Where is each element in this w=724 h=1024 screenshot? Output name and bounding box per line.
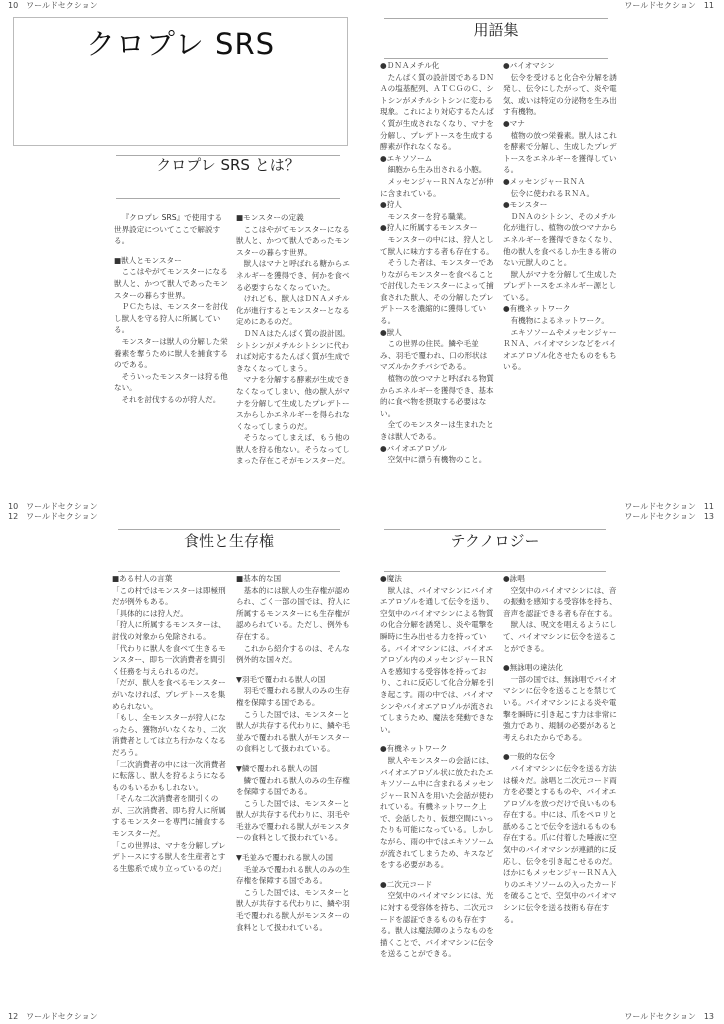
subsection-heading: ■モンスターの定義 [236, 212, 350, 224]
paragraph-gap [236, 666, 352, 674]
page13-column-1: ●魔法獣人は、バイオマシンにバイオエアロゾルを通して伝令を送り、空気中のバイオマ… [380, 573, 496, 960]
quote-line: 「具体的には狩人だ。 [112, 608, 228, 620]
paragraph-gap [114, 247, 228, 255]
paragraph: 鱗で覆われる獣人のみの生存権を保障する国である。 [236, 775, 352, 798]
subsection-heading: ●バイオマシン [503, 60, 617, 72]
title-box: クロプレ SRS [13, 17, 348, 146]
section-heading-technology: テクノロジー [384, 530, 606, 552]
subsection-heading: ●エキソソーム [380, 153, 494, 165]
subsection-heading: ■獣人とモンスター [114, 255, 228, 267]
paragraph-gap [380, 735, 496, 743]
paragraph: こうした国では、モンスターと獣人が共存する代わりに、鱗や毛並みで覆われる獣人がモ… [236, 709, 352, 755]
paragraph: 獣人やモンスターの会話には、バイオエアロゾル状に放たれたエキソソーム中に含まれる… [380, 755, 496, 871]
paragraph: そうなってしまえば、もう他の獣人を狩る他ない。そうなってしまった存在こそがモンス… [236, 432, 350, 467]
paragraph: 獣人は、呪文を唱えるようにして、バイオマシンに伝令を送ることができる。 [503, 619, 619, 654]
subsection-heading: ●無詠唱の違法化 [503, 662, 619, 674]
quote-line: 「代わりに獣人を食べて生きるモンスター、即ち一次消費者を間引く任務を与えられるの… [112, 643, 228, 678]
paragraph: ここはやがてモンスターになる獣人と、かつて獣人であったモンスターの暮らす世界。 [114, 266, 228, 301]
subsection-heading: ●マナ [503, 118, 617, 130]
paragraph: それを討伐するのが狩人だ。 [114, 394, 228, 406]
paragraph: 獣人は、バイオマシンにバイオエアロゾルを通して伝令を送り、空気中のバイオマシンに… [380, 585, 496, 736]
quote-line: 「もし、全モンスターが狩人になったら、獲物がいなくなり、二次消費者としては立ち行… [112, 712, 228, 758]
paragraph: 植物の放つマナと呼ばれる物質からエネルギーを獲得でき、基本的に食べ物を摂取する必… [380, 373, 494, 419]
paragraph-gap [503, 743, 619, 751]
subsection-heading: ●有機ネットワーク [380, 743, 496, 755]
subsection-heading: ●魔法 [380, 573, 496, 585]
subsection-heading: ●ＤＮＡメチル化 [380, 60, 494, 72]
running-foot-p11: ワールドセクション 11 [624, 502, 714, 512]
section-heading-glossary: 用語集 [384, 19, 608, 41]
paragraph: 有機物によるネットワーク。 [503, 315, 617, 327]
page12-column-2: ■基本的な国基本的には獣人の生存権が認められ、ごく一部の国では、狩人に所属するモ… [236, 573, 352, 933]
heading-rule-bottom [116, 198, 340, 199]
paragraph: たんぱく質の設計図であるＤＮＡの塩基配列、ＡＴＣＧのＣ、シトシンがメチルシトシン… [380, 72, 494, 153]
document-title: クロプレ SRS [14, 22, 347, 63]
paragraph: ここはやがてモンスターになる獣人と、かつて獣人であったモンスターの暮らす世界。 [236, 224, 350, 259]
section-heading-what-is: クロプレ SRS とは？ [116, 155, 340, 175]
heading-rule-bottom [118, 571, 340, 572]
paragraph: 『クロプレ SRS』で使用する世界設定についてここで解説する。 [114, 212, 228, 247]
paragraph: そういったモンスターは狩る他ない。 [114, 371, 228, 394]
subsection-heading: ●モンスター [503, 199, 617, 211]
running-head-p12: 12 ワールドセクション [8, 512, 98, 522]
paragraph: マナを分解する酵素が生成できなくなってしまい、他の獣人がマナを分解して生成したプ… [236, 374, 350, 432]
subsection-heading: ●一般的な伝令 [503, 751, 619, 763]
subsection-heading: ●バイオエアロゾル [380, 443, 494, 455]
running-foot-p12: 12 ワールドセクション [8, 1012, 98, 1022]
paragraph: 伝令を受けると化合や分解を誘発し、伝令にしたがって、炎や電気、或いは特定の分泌物… [503, 72, 617, 118]
heading-rule-bottom [384, 58, 608, 59]
subsection-heading: ▼鱗で覆われる獣人の国 [236, 763, 352, 775]
subsection-heading: ●狩人に所属するモンスター [380, 222, 494, 234]
paragraph-gap [236, 844, 352, 852]
subsection-heading: ■ある村人の言葉 [112, 573, 228, 585]
page11-column-1: ●ＤＮＡメチル化たんぱく質の設計図であるＤＮＡの塩基配列、ＡＴＣＧのＣ、シトシン… [380, 60, 494, 466]
paragraph: 植物の放つ栄養素。獣人はこれを酵素で分解し、生成したプレデトースをエネルギーを獲… [503, 130, 617, 176]
subsection-heading: ▼毛並みで覆われる獣人の国 [236, 852, 352, 864]
page11-column-2: ●バイオマシン伝令を受けると化合や分解を誘発し、伝令にしたがって、炎や電気、或い… [503, 60, 617, 373]
paragraph-gap [236, 755, 352, 763]
paragraph: この世界の住民。鱗や毛並み、羽毛で覆われ、口の形状はマズルかクチバシである。 [380, 338, 494, 373]
quote-line: 「この世界は、マナを分解しプレデトースにする獣人を生産者とする生態系で成り立って… [112, 840, 228, 875]
paragraph: 空気中に漂う有機物のこと。 [380, 454, 494, 466]
paragraph: 毛並みで覆われる獣人のみの生存権を保障する国である。 [236, 864, 352, 887]
paragraph: ＰＣたちは、モンスターを討伐し獣人を守る狩人に所属している。 [114, 301, 228, 336]
paragraph-gap [503, 654, 619, 662]
subsection-heading: ▼羽毛で覆われる獣人の国 [236, 674, 352, 686]
paragraph: そうした者は、モンスターでありながらモンスターを食べることで討伐したモンスターに… [380, 257, 494, 327]
subsection-heading: ■基本的な国 [236, 573, 352, 585]
paragraph: エキソソームやメッセンジャーＲＮＡ、バイオマシンなどをバイオエアロゾル化させたも… [503, 327, 617, 373]
page10-column-2: ■モンスターの定義ここはやがてモンスターになる獣人と、かつて獣人であったモンスタ… [236, 212, 350, 467]
paragraph: こうした国では、モンスターと獣人が共存する代わりに、鱗や羽毛で覆われる獣人がモン… [236, 887, 352, 933]
paragraph: 全てのモンスターは生まれたときは獣人である。 [380, 419, 494, 442]
section-heading-diet-survival: 食性と生存権 [118, 530, 340, 552]
subsection-heading: ●メッセンジャーＲＮＡ [503, 176, 617, 188]
paragraph: 伝令に使われるＲＮＡ。 [503, 188, 617, 200]
paragraph: モンスターは獣人の分解した栄養素を奪うために獣人を捕食するのである。 [114, 336, 228, 371]
paragraph: バイオマシンに伝令を送る方法は様々だ。詠唱と二次元コード両方を必要とするものや、… [503, 763, 619, 925]
paragraph: 細胞から生み出される小胞。 [380, 164, 494, 176]
subsection-heading: ●有機ネットワーク [503, 303, 617, 315]
paragraph: モンスターを狩る職業。 [380, 211, 494, 223]
quote-line: 「この村ではモンスターは即極刑だが例外もある。 [112, 585, 228, 608]
paragraph: 空気中のバイオマシンには、音の振動を感知する受容体を持ち、音声を認証できる者も存… [503, 585, 619, 620]
paragraph: 羽毛で覆われる獣人のみの生存権を保障する国である。 [236, 685, 352, 708]
quote-line: 「狩人に所属するモンスターは、討伐の対象から免除される。 [112, 619, 228, 642]
subsection-heading: ●狩人 [380, 199, 494, 211]
paragraph: けれども、獣人はＤＮＡメチル化が進行するとモンスターとなる定めにあるのだ。 [236, 293, 350, 328]
running-head-p10: 10 ワールドセクション [8, 1, 98, 11]
paragraph-gap [380, 871, 496, 879]
quote-line: 「そんな二次消費者を間引くのが、三次消費者、即ち狩人に所属するモンスターを専門に… [112, 793, 228, 839]
heading-rule-bottom [384, 571, 606, 572]
paragraph: 空気中のバイオマシンには、光に対する受容体を持ち、二次元コードを認証できるものも… [380, 890, 496, 960]
running-head-p13: ワールドセクション 13 [624, 512, 714, 522]
page10-column-1: 『クロプレ SRS』で使用する世界設定についてここで解説する。■獣人とモンスター… [114, 212, 228, 406]
quote-line: 「だが、獣人を食べるモンスターがいなければ、プレデトースを集められない。 [112, 677, 228, 712]
running-foot-p13: ワールドセクション 13 [624, 1012, 714, 1022]
paragraph: 基本的には獣人の生存権が認められ、ごく一部の国では、狩人に所属するモンスターにも… [236, 585, 352, 643]
paragraph: こうした国では、モンスターと獣人が共存する代わりに、羽毛や毛並みで覆われる獣人が… [236, 798, 352, 844]
paragraph: 獣人はマナと呼ばれる糖からエネルギーを獲得でき、何かを食べる必要すらなくなってい… [236, 258, 350, 293]
running-head-p11: ワールドセクション 11 [624, 1, 714, 11]
quote-line: 「二次消費者の中には一次消費者に転落し、獣人を狩るようになるものもいるかもしれな… [112, 759, 228, 794]
subsection-heading: ●詠唱 [503, 573, 619, 585]
paragraph: モンスターの中には、狩人として獣人に味方する者も存在する。 [380, 234, 494, 257]
subsection-heading: ●二次元コード [380, 879, 496, 891]
paragraph: 獣人がマナを分解して生成したプレデトースをエネルギー源としている。 [503, 269, 617, 304]
paragraph: これから紹介するのは、そんな例外的な国々だ。 [236, 643, 352, 666]
subsection-heading: ●獣人 [380, 327, 494, 339]
page13-column-2: ●詠唱空気中のバイオマシンには、音の振動を感知する受容体を持ち、音声を認証できる… [503, 573, 619, 925]
page12-column-1: ■ある村人の言葉「この村ではモンスターは即極刑だが例外もある。「具体的には狩人だ… [112, 573, 228, 874]
paragraph: ＤＮＡはたんぱく質の設計図。シトシンがメチルシトシンに代われば対応するたんぱく質… [236, 328, 350, 374]
paragraph: ＤＮＡのシトシン、そのメチル化が進行し、植物の放つマナからエネルギーを獲得できな… [503, 211, 617, 269]
paragraph: 一部の国では、無詠唱でバイオマシンに伝令を送ることを禁じている。バイオマシンによ… [503, 674, 619, 744]
running-foot-p10: 10 ワールドセクション [8, 502, 98, 512]
paragraph: メッセンジャーＲＮＡなどが仲に含まれている。 [380, 176, 494, 199]
